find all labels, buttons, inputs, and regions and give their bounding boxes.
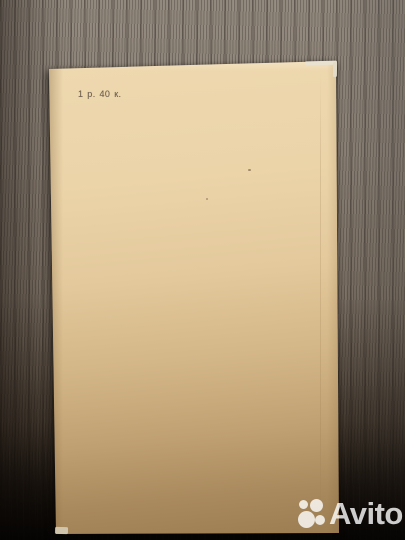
cover-speck [206, 198, 208, 200]
price-label: 1 р. 40 к. [78, 89, 121, 99]
page-edge-right-side [332, 62, 336, 77]
photo: 1 р. 40 к. Avito [0, 0, 405, 540]
cover-speck [248, 169, 251, 171]
book-wrap: 1 р. 40 к. [0, 0, 405, 540]
cover-crease [320, 73, 321, 528]
book-back-cover: 1 р. 40 к. [49, 61, 339, 534]
page-edge-bottom-left [55, 527, 68, 534]
